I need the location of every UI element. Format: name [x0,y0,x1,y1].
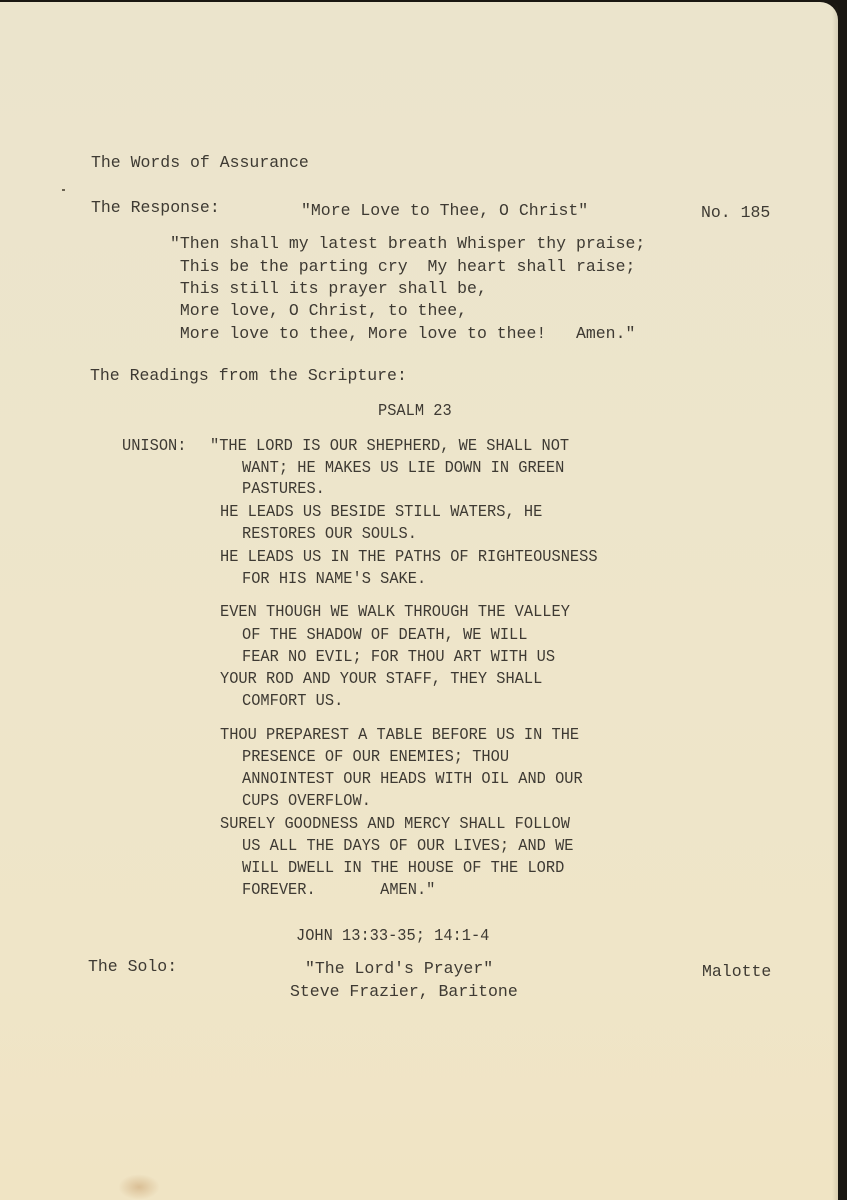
response-hymn-number: No. 185 [701,205,770,222]
psalm-line: FOREVER. AMEN." [242,882,435,899]
solo-title: "The Lord's Prayer" [305,961,493,978]
psalm-line: FEAR NO EVIL; FOR THOU ART WITH US [242,649,555,666]
lyric-line: More love to thee, More love to thee! Am… [170,326,635,343]
psalm-line: OF THE SHADOW OF DEATH, WE WILL [242,627,527,644]
psalm-line: THOU PREPAREST A TABLE BEFORE US IN THE [220,727,579,744]
lyric-line: "Then shall my latest breath Whisper thy… [170,236,645,253]
psalm-line: ANNOINTEST OUR HEADS WITH OIL AND OUR [242,771,583,788]
psalm-line: US ALL THE DAYS OF OUR LIVES; AND WE [242,838,574,855]
lyric-line: More love, O Christ, to thee, [170,303,467,320]
psalm-line: PRESENCE OF OUR ENEMIES; THOU [242,749,509,766]
psalm-line: PASTURES. [242,481,325,498]
psalm-line: RESTORES OUR SOULS. [242,526,417,543]
psalm-line: COMFORT US. [242,693,343,710]
gospel-heading: JOHN 13:33-35; 14:1-4 [296,928,489,945]
program-page: The Words of Assurance The Response: "Mo… [0,2,838,1200]
psalm-heading: PSALM 23 [378,403,452,420]
psalm-line: YOUR ROD AND YOUR STAFF, THEY SHALL [220,671,542,688]
solo-label: The Solo: [88,959,177,976]
lyric-line: This be the parting cry My heart shall r… [170,259,635,276]
psalm-line: CUPS OVERFLOW. [242,793,371,810]
solo-performer: Steve Frazier, Baritone [290,984,518,1001]
psalm-line: FOR HIS NAME'S SAKE. [242,571,426,588]
psalm-line: HE LEADS US IN THE PATHS OF RIGHTEOUSNES… [220,549,598,566]
readings-label: The Readings from the Scripture: [90,368,407,385]
psalm-line: HE LEADS US BESIDE STILL WATERS, HE [220,504,542,521]
assurance-heading: The Words of Assurance [91,155,309,172]
lyric-line: This still its prayer shall be, [170,281,487,298]
solo-composer: Malotte [702,964,771,981]
psalm-line: "THE LORD IS OUR SHEPHERD, WE SHALL NOT [210,438,569,455]
ink-speck [62,189,65,191]
psalm-line: SURELY GOODNESS AND MERCY SHALL FOLLOW [220,816,570,833]
response-label: The Response: [91,200,220,217]
psalm-line: WANT; HE MAKES US LIE DOWN IN GREEN [242,460,564,477]
paper-stain [118,1174,160,1200]
psalm-line: WILL DWELL IN THE HOUSE OF THE LORD [242,860,564,877]
unison-label: UNISON: [122,438,186,455]
psalm-line: EVEN THOUGH WE WALK THROUGH THE VALLEY [220,604,570,621]
response-hymn-title: "More Love to Thee, O Christ" [301,203,588,220]
